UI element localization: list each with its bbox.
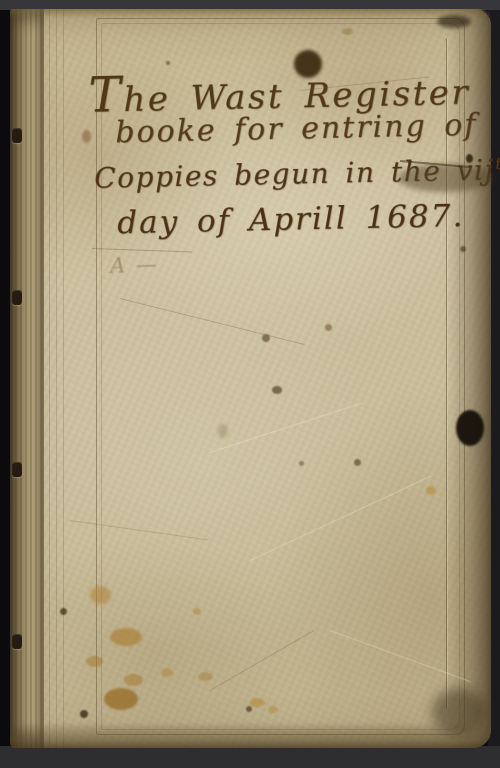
title-line-3-text: Coppies begun in the vij xyxy=(94,153,495,194)
background-bottom xyxy=(0,746,500,768)
bottom-edge-shading xyxy=(10,722,491,748)
book-spine xyxy=(10,9,44,748)
spine-crease-zone xyxy=(42,9,68,748)
title-line-3-superscript: th xyxy=(495,155,500,173)
title-line-3: Coppies begun in the vijth xyxy=(94,153,500,195)
faint-inscription-mark: A — xyxy=(110,252,160,278)
binding-tie xyxy=(12,128,22,143)
photo-stage: The Wast Register booke for entring of C… xyxy=(0,0,500,768)
title-line-4: day of Aprill 1687. xyxy=(117,198,465,241)
cover-inscription: The Wast Register booke for entring of C… xyxy=(80,60,456,268)
top-edge-shading xyxy=(10,9,491,19)
book-cover: The Wast Register booke for entring of C… xyxy=(10,9,491,748)
binding-tie xyxy=(12,634,22,649)
binding-tie xyxy=(12,290,22,305)
title-line-2: booke for entring of xyxy=(115,108,478,151)
binding-tie xyxy=(12,462,22,477)
